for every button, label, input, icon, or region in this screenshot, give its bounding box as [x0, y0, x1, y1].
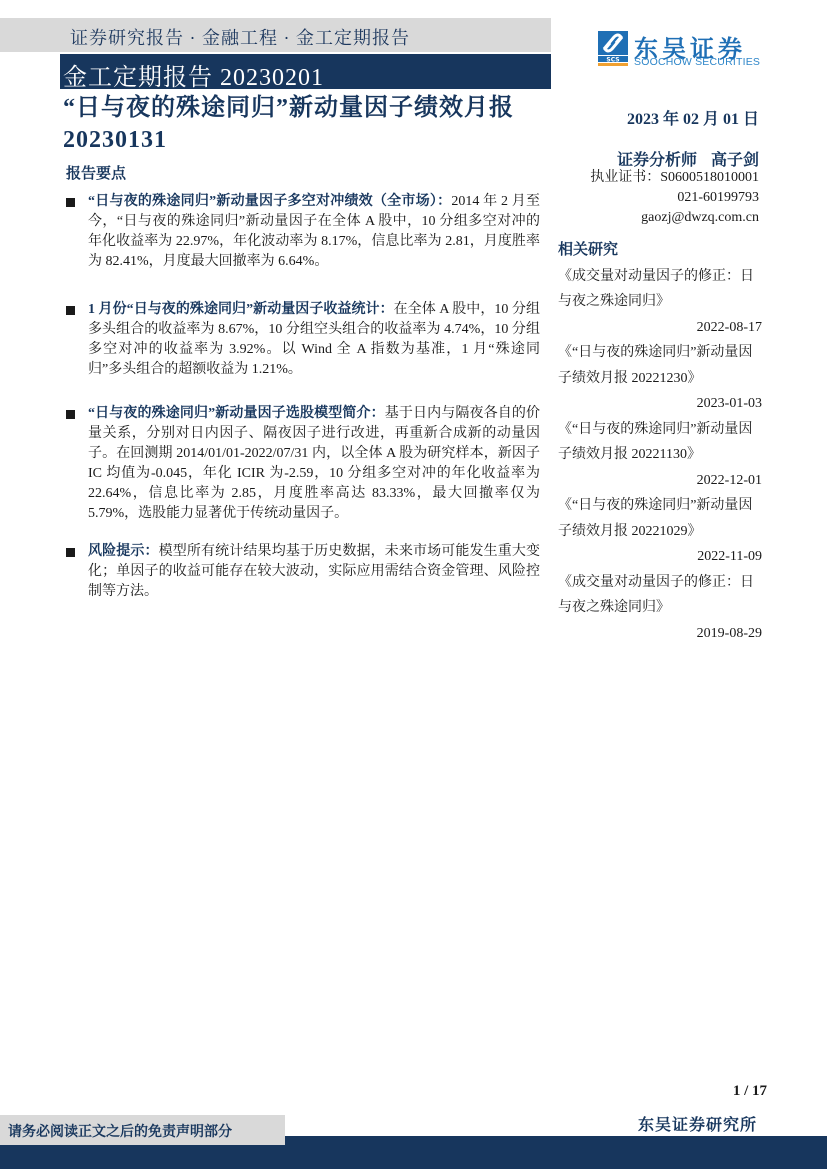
company-logo: SCS 东吴证券 SOOCHOW SECURITIES — [598, 31, 768, 69]
related-item-title: 《成交量对动量因子的修正：日与夜之殊途同归》 — [558, 264, 762, 315]
point-heading: “日与夜的殊途同归”新动量因子多空对冲绩效（全市场）： — [88, 194, 451, 209]
report-title: “日与夜的殊途同归”新动量因子绩效月报 20230131 — [63, 92, 553, 156]
report-series: 证券研究报告 · 金融工程 · 金工定期报告 — [70, 24, 410, 50]
email-link[interactable]: gaozj@dwzq.com.cn — [590, 208, 759, 228]
square-bullet-icon — [66, 306, 75, 315]
related-item[interactable]: 《“日与夜的殊途同归”新动量因子绩效月报 20221130》 2022-12-0… — [558, 417, 762, 494]
point-heading: “日与夜的殊途同归”新动量因子选股模型简介： — [88, 406, 385, 421]
report-date: 2023 年 02 月 01 日 — [627, 106, 759, 129]
page-number: 1 / 17 — [733, 1083, 767, 1100]
logo-en-name: SOOCHOW SECURITIES — [634, 56, 760, 68]
related-item-date: 2023-01-03 — [558, 391, 762, 417]
related-title: 相关研究 — [558, 238, 762, 264]
phone: 021-60199793 — [590, 188, 759, 208]
license-number: 执业证书：S0600518010001 — [590, 168, 759, 188]
disclaimer-note: 请务必阅读正文之后的免责声明部分 — [8, 1121, 232, 1141]
related-item-title: 《成交量对动量因子的修正：日与夜之殊途同归》 — [558, 570, 762, 621]
related-item-date: 2019-08-29 — [558, 621, 762, 647]
point-heading: 风险提示： — [88, 544, 159, 559]
related-item[interactable]: 《“日与夜的殊途同归”新动量因子绩效月报 20221230》 2023-01-0… — [558, 340, 762, 417]
institute-name: 东吴证券研究所 — [638, 1112, 757, 1135]
scs-logo-icon: SCS — [598, 31, 628, 67]
summary-point: “日与夜的殊途同归”新动量因子选股模型简介：基于日内与隔夜各自的价量关系，分别对… — [66, 404, 540, 524]
analyst-name: 高子剑 — [711, 152, 759, 169]
related-item[interactable]: 《“日与夜的殊途同归”新动量因子绩效月报 20221029》 2022-11-0… — [558, 493, 762, 570]
related-item-title: 《“日与夜的殊途同归”新动量因子绩效月报 20221130》 — [558, 417, 762, 468]
square-bullet-icon — [66, 410, 75, 419]
summary-point: 1 月份“日与夜的殊途同归”新动量因子收益统计：在全体 A 股中，10 分组多头… — [66, 300, 540, 380]
summary-title: 报告要点 — [66, 162, 540, 183]
point-text: 基于日内与隔夜各自的价量关系，分别对日内因子、隔夜因子进行改进，再重新合成新的动… — [88, 406, 540, 521]
risk-warning: 风险提示：模型所有统计结果均基于历史数据，未来市场可能发生重大变化；单因子的收益… — [66, 542, 540, 602]
related-item-title: 《“日与夜的殊途同归”新动量因子绩效月报 20221029》 — [558, 493, 762, 544]
related-item-date: 2022-08-17 — [558, 315, 762, 341]
analyst: 证券分析师高子剑 — [617, 147, 759, 170]
svg-text:SCS: SCS — [606, 56, 619, 63]
related-item-date: 2022-11-09 — [558, 544, 762, 570]
analyst-contact: 执业证书：S0600518010001 021-60199793 gaozj@d… — [590, 168, 759, 228]
summary-section: 报告要点 “日与夜的殊途同归”新动量因子多空对冲绩效（全市场）：2014 年 2… — [66, 162, 540, 183]
analyst-label: 证券分析师 — [617, 152, 697, 169]
square-bullet-icon — [66, 548, 75, 557]
related-research: 相关研究 《成交量对动量因子的修正：日与夜之殊途同归》 2022-08-17 《… — [558, 238, 762, 646]
related-item[interactable]: 《成交量对动量因子的修正：日与夜之殊途同归》 2022-08-17 — [558, 264, 762, 341]
related-item-date: 2022-12-01 — [558, 468, 762, 494]
related-item-title: 《“日与夜的殊途同归”新动量因子绩效月报 20221230》 — [558, 340, 762, 391]
point-heading: 1 月份“日与夜的殊途同归”新动量因子收益统计： — [88, 302, 394, 317]
report-type: 金工定期报告 20230201 — [63, 57, 324, 92]
square-bullet-icon — [66, 198, 75, 207]
related-item[interactable]: 《成交量对动量因子的修正：日与夜之殊途同归》 2019-08-29 — [558, 570, 762, 647]
summary-point: “日与夜的殊途同归”新动量因子多空对冲绩效（全市场）：2014 年 2 月至今，… — [66, 192, 540, 272]
